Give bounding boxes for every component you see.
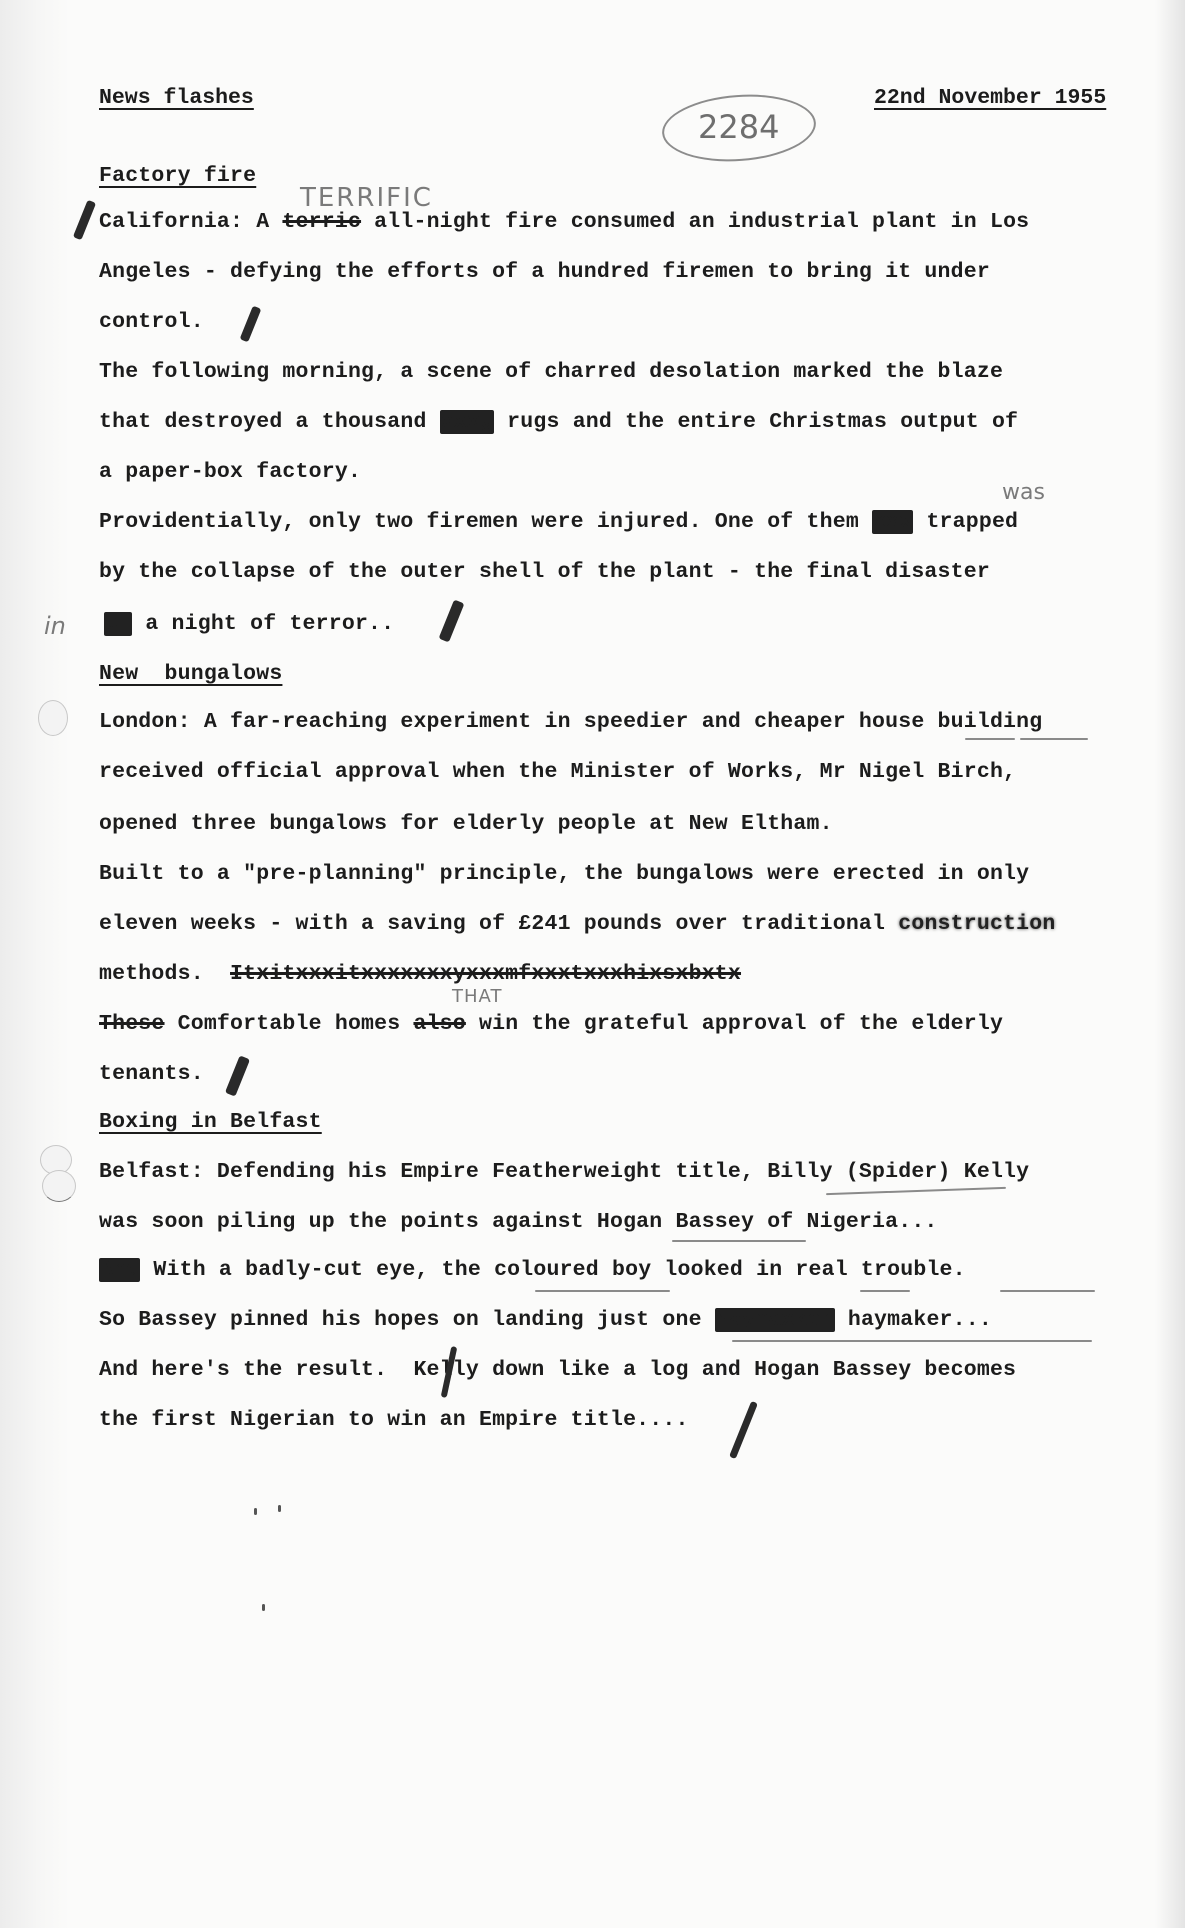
section-heading-boxing-in-belfast: Boxing in Belfast <box>99 1110 322 1134</box>
pencil-underline <box>965 738 1015 740</box>
text-line: The following morning, a scene of charre… <box>99 360 1003 384</box>
ink-speck <box>254 1508 257 1515</box>
text-line: the first Nigerian to win an Empire titl… <box>99 1408 689 1432</box>
pencil-underline <box>826 1187 1006 1195</box>
document-date: 22nd November 1955 <box>874 86 1106 110</box>
text-line: Built to a "pre-planning" principle, the… <box>99 862 1029 886</box>
text-line: tenants. <box>99 1062 204 1086</box>
text-line: eleven weeks - with a saving of £241 pou… <box>99 912 1055 936</box>
text-line: by the collapse of the outer shell of th… <box>99 560 990 584</box>
text-line: of a night of terror.. <box>104 612 394 636</box>
edit-slash-mark <box>240 306 262 343</box>
pencil-underline <box>1020 738 1088 740</box>
text-line: methods. Itxitxxxitxxxxxxxyxxxmfxxxtxxxh… <box>99 962 741 986</box>
edit-slash-mark <box>729 1401 758 1459</box>
text-line: Belfast: Defending his Empire Featherwei… <box>99 1160 1029 1184</box>
pencil-note-terrific: TERRIFIC <box>300 183 433 213</box>
pencil-underline <box>535 1290 670 1292</box>
text-line: control. <box>99 310 204 334</box>
text-line: California: A terric all-night fire cons… <box>99 210 1029 234</box>
reference-number: 2284 <box>698 108 779 146</box>
text-line: Angeles - defying the efforts of a hundr… <box>99 260 990 284</box>
text-line: a paper-box factory. <box>99 460 361 484</box>
pencil-underline <box>732 1340 1092 1342</box>
ink-speck <box>262 1604 265 1611</box>
text-line: So Bassey pinned his hopes on landing ju… <box>99 1308 992 1332</box>
document-title: News flashes <box>99 86 254 110</box>
pencil-underline <box>1000 1290 1095 1292</box>
text-line: received official approval when the Mini… <box>99 760 1016 784</box>
edit-slash-mark <box>73 200 96 240</box>
paper-edge-shadow <box>0 0 70 1928</box>
section-heading-new-bungalows: New bungalows <box>99 662 282 686</box>
text-line: opened three bungalows for elderly peopl… <box>99 812 833 836</box>
text-line: These Comfortable homes also win the gra… <box>99 1012 1003 1036</box>
edit-slash-mark <box>439 599 465 642</box>
pencil-note-in: in <box>44 612 66 640</box>
text-line: was soon piling up the points against Ho… <box>99 1210 938 1234</box>
punch-hole <box>38 700 68 736</box>
text-line: Providentially, only two firemen were in… <box>99 510 1018 534</box>
text-line: And here's the result. Kelly down like a… <box>99 1358 1016 1382</box>
section-heading-factory-fire: Factory fire <box>99 164 256 188</box>
pencil-note-that: THAT <box>452 986 502 1007</box>
text-line: London: A far-reaching experiment in spe… <box>99 710 1042 734</box>
text-line: that destroyed a thousand xxxg rugs and … <box>99 410 1018 434</box>
pencil-underline <box>672 1240 806 1242</box>
ink-speck <box>278 1505 281 1512</box>
pencil-note-was: was <box>1002 480 1045 505</box>
text-line: And With a badly-cut eye, the coloured b… <box>99 1258 966 1282</box>
punch-hole <box>42 1170 76 1202</box>
paper-edge-shadow-right <box>1155 0 1185 1928</box>
pencil-underline <box>860 1290 910 1292</box>
edit-slash-mark <box>225 1055 250 1096</box>
